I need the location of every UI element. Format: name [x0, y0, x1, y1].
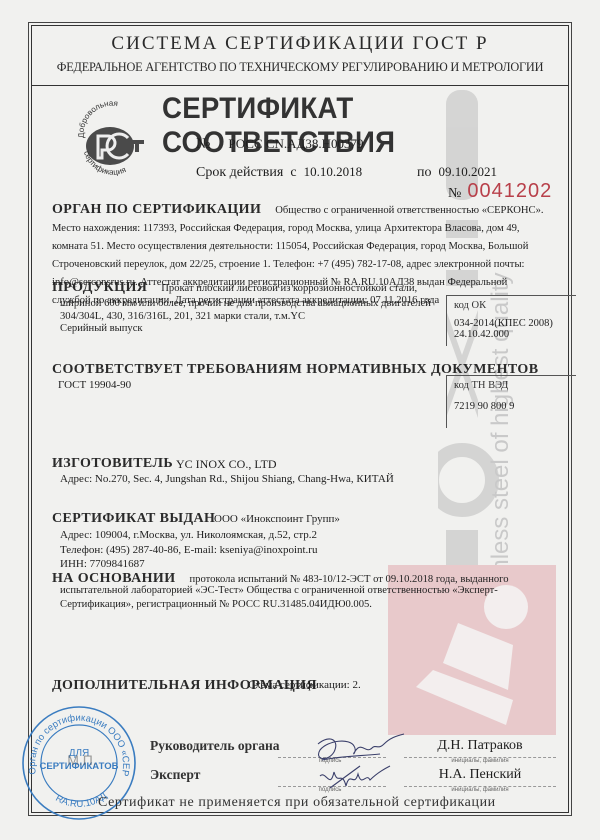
issued-to-line: Телефон: (495) 287-40-86, E-mail: kseniy… [60, 543, 317, 558]
disclaimer: Сертификат не применяется при обязательн… [98, 795, 496, 811]
number-value: РОСС CN.АД38.Н00379 [228, 136, 363, 151]
number-label: № [196, 136, 210, 152]
certificate-number: №РОСС CN.АД38.Н00379 [196, 136, 364, 153]
issued-to-details: Адрес: 109004, г.Москва, ул. Николоямска… [60, 528, 317, 572]
validity-label: Срок действия [196, 165, 283, 180]
valid-to-block: по 09.10.2021 [417, 164, 497, 181]
additional-info-text: Схема сертификации: 2. [248, 679, 361, 691]
basis-details: испытательной лабораторией «ЭС-Тест» Общ… [60, 584, 498, 611]
manufacturer-heading: ИЗГОТОВИТЕЛЬ [52, 456, 173, 472]
issued-to-heading: СЕРТИФИКАТ ВЫДАН [52, 511, 215, 527]
to-label: по [417, 165, 432, 180]
tn-ved-value: 7219 90 800 9 [454, 401, 576, 412]
manufacturer-address: Адрес: No.270, Sec. 4, Jungshan Rd., Shi… [60, 473, 394, 485]
svg-text:М.П.: М.П. [67, 752, 97, 768]
issued-to-name: ООО «Инокспоинт Групп» [214, 513, 340, 525]
expert-name: Н.А. Пенский [404, 767, 556, 783]
head-name: Д.Н. Патраков [404, 738, 556, 754]
expert-name-caption: инициалы, фамилия [404, 787, 556, 793]
ok-code-label: код ОК [454, 300, 576, 311]
basis-line: Сертификация», регистрационный № РОСС RU… [60, 598, 498, 612]
ok-code-box: код ОК 034-2014(КПЕС 2008) 24.10.42.000 [446, 295, 576, 346]
expert-role: Эксперт [150, 767, 200, 783]
issued-to-line: Адрес: 109004, г.Москва, ул. Николоямска… [60, 528, 317, 543]
product-section: ПРОДУКЦИЯПрокат плоский листовой из корр… [52, 278, 452, 336]
serial-label: № [448, 186, 461, 201]
product-line: Серийный выпуск [52, 323, 452, 336]
rst-logo-icon: Добровольная сертификация [72, 100, 152, 180]
valid-from: 10.10.2018 [304, 164, 363, 179]
valid-to: 09.10.2021 [439, 164, 498, 179]
certification-body-heading: ОРГАН ПО СЕРТИФИКАЦИИ [52, 202, 261, 217]
tn-ved-label: код ТН ВЭД [454, 380, 576, 391]
basis-line: испытательной лабораторией «ЭС-Тест» Общ… [60, 584, 498, 598]
handwritten-signature-icon [300, 730, 410, 805]
head-role: Руководитель органа [150, 738, 280, 754]
tn-ved-code-box: код ТН ВЭД 7219 90 800 9 [446, 375, 576, 428]
from-label: с [290, 165, 296, 180]
manufacturer-name: YC INOX CO., LTD [176, 457, 277, 472]
product-line: 304/304L, 430, 316/316L, 201, 321 марки … [52, 311, 452, 324]
serial-value: 0041202 [467, 180, 552, 202]
conformity-standard: ГОСТ 19904-90 [58, 379, 131, 391]
product-heading: ПРОДУКЦИЯ [52, 280, 147, 295]
system-title: СИСТЕМА СЕРТИФИКАЦИИ ГОСТ Р [0, 33, 600, 55]
agency-name: ФЕДЕРАЛЬНОЕ АГЕНТСТВО ПО ТЕХНИЧЕСКОМУ РЕ… [34, 60, 566, 75]
product-line: Прокат плоский листовой из коррозионност… [161, 283, 417, 294]
product-line: шириной 600 мм или более, прочий не для … [52, 298, 452, 311]
ok-code-line: 24.10.42.000 [454, 329, 576, 340]
validity-period: Срок действия с 10.10.2018 [196, 164, 362, 181]
head-name-caption: инициалы, фамилия [404, 758, 556, 764]
header-divider [31, 85, 569, 86]
ok-code-line: 034-2014(КПЕС 2008) [454, 318, 576, 329]
